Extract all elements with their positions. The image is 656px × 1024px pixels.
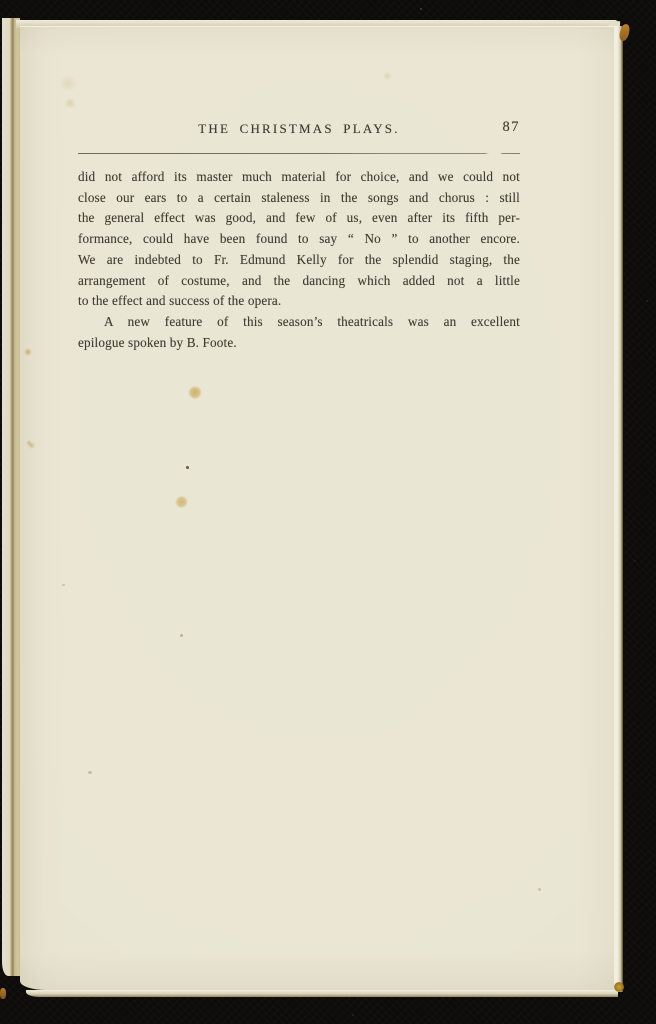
book-page-edges-bottom: [26, 990, 618, 997]
photo-backdrop: THE CHRISTMAS PLAYS. 87 did not afford i…: [0, 0, 656, 1024]
text-line: to the effect and success of the opera.: [78, 291, 520, 312]
header-title: THE CHRISTMAS PLAYS.: [78, 121, 520, 137]
text-line: close our ears to a certain staleness in…: [78, 188, 520, 209]
foxing-spot: [62, 584, 65, 586]
text-line: formance, could have been found to say “…: [78, 229, 520, 250]
ink-speck: [186, 466, 189, 469]
book-page: THE CHRISTMAS PLAYS. 87 did not afford i…: [20, 26, 614, 990]
dust-speck: [420, 8, 422, 10]
foxing-spot: [180, 634, 183, 637]
book-page-edges-left: [2, 18, 20, 976]
foxing-spot: [383, 72, 392, 80]
binding-fleck: [0, 988, 6, 999]
text-line: did not afford its master much material …: [78, 167, 520, 188]
page-number: 87: [503, 119, 521, 136]
text-line: the general effect was good, and few of …: [78, 208, 520, 229]
foxing-spot: [28, 442, 35, 449]
foxing-spot: [88, 771, 92, 774]
running-header: THE CHRISTMAS PLAYS. 87: [78, 121, 520, 139]
dust-speck: [646, 300, 648, 302]
foxing-spot: [64, 98, 76, 108]
paragraph: did not afford its master much material …: [78, 167, 520, 312]
paragraph: A new feature of this season’s theatrica…: [78, 312, 520, 353]
text-line: A new feature of this season’s theatrica…: [78, 312, 520, 333]
header-rule: [78, 153, 520, 154]
text-line: arrangement of costume, and the dancing …: [78, 271, 520, 292]
foxing-spot: [188, 386, 202, 399]
book-page-edges-right: [614, 26, 623, 992]
foxing-spot: [538, 888, 541, 891]
text-line: We are indebted to Fr. Edmund Kelly for …: [78, 250, 520, 271]
foxing-spot: [58, 76, 78, 91]
page-text: did not afford its master much material …: [78, 167, 520, 353]
dust-speck: [634, 560, 636, 562]
foxing-spot: [175, 496, 188, 508]
text-line: epilogue spoken by B. Foote.: [78, 333, 520, 354]
dust-speck: [352, 1014, 354, 1016]
